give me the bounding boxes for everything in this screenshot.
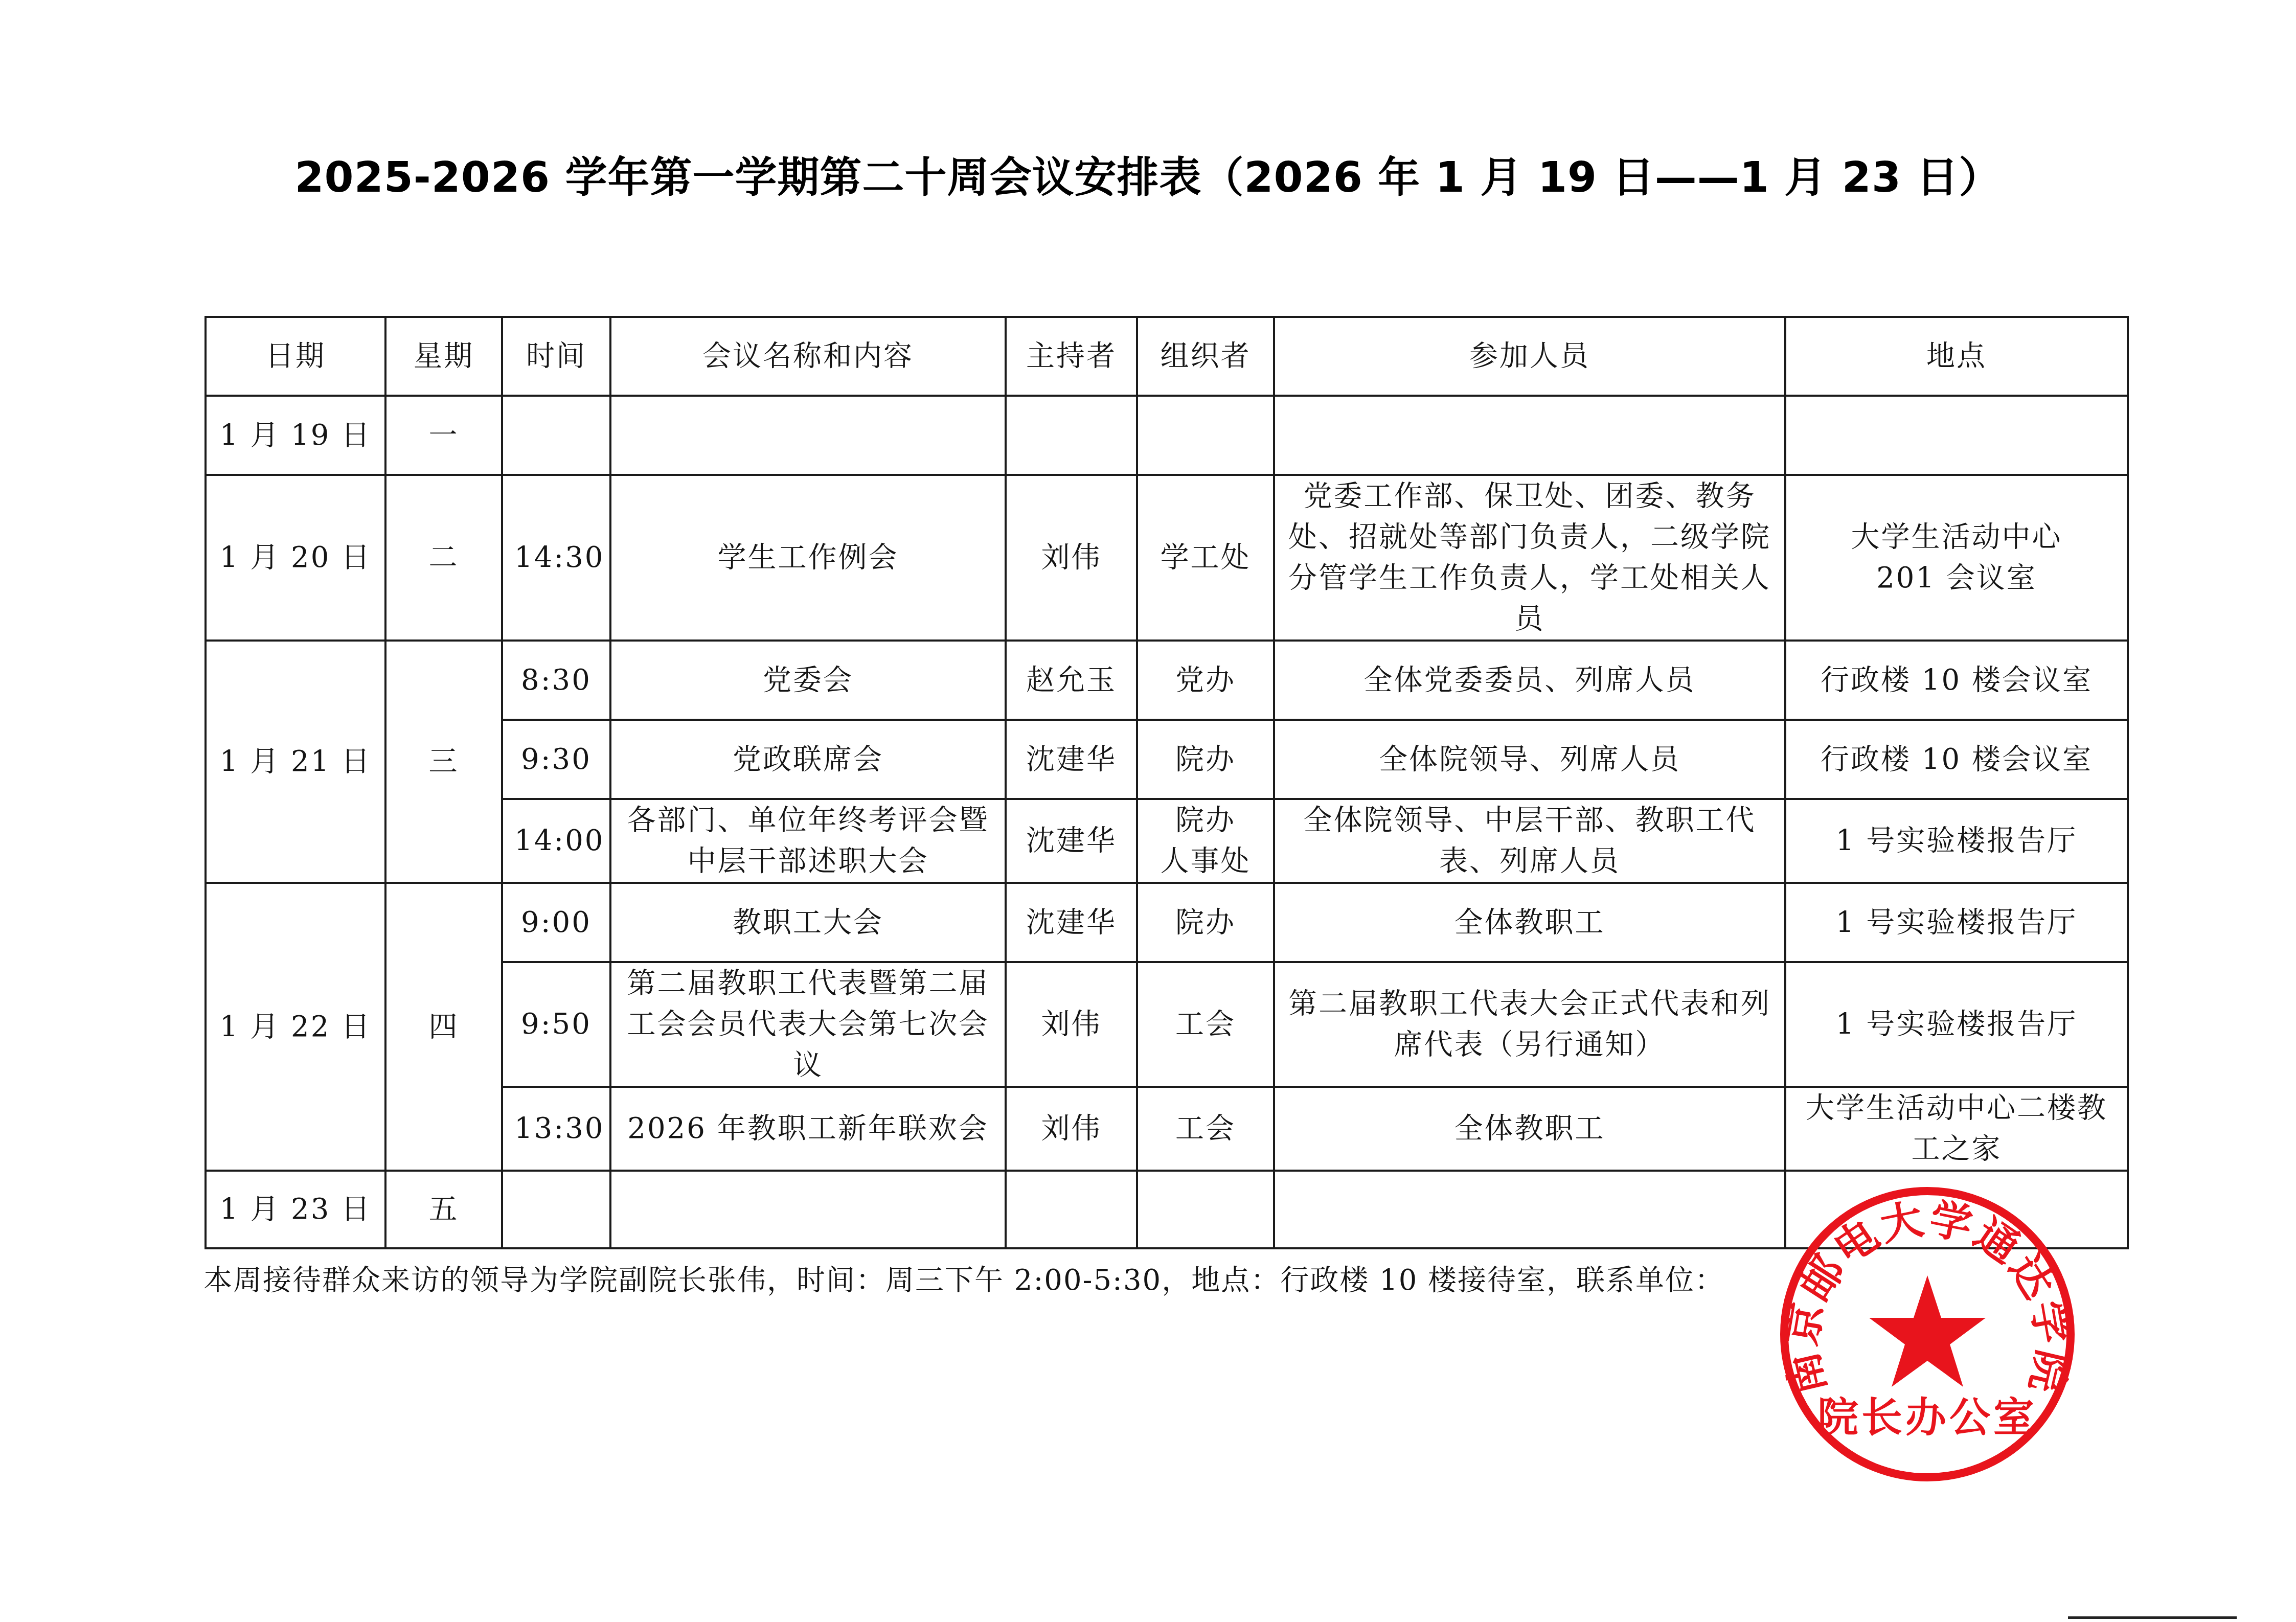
meeting-name-cell: [610, 396, 1006, 475]
header-weekday: 星期: [385, 317, 502, 396]
meeting-name-cell: 党政联席会: [610, 720, 1006, 799]
table-row: 1 月 19 日 一: [206, 396, 2128, 475]
attendees-cell: 全体院领导、中层干部、教职工代表、列席人员: [1274, 799, 1785, 883]
organizer-cell: 院办 人事处: [1137, 799, 1274, 883]
meeting-name-cell: 2026 年教职工新年联欢会: [610, 1087, 1006, 1171]
host-cell: 沈建华: [1006, 799, 1137, 883]
meeting-schedule-table: 日期 星期 时间 会议名称和内容 主持者 组织者 参加人员 地点 1 月 19 …: [204, 316, 2129, 1249]
date-cell: 1 月 22 日: [206, 883, 385, 1171]
time-cell: 9:00: [502, 883, 610, 962]
organizer-cell: 学工处: [1137, 475, 1274, 641]
header-location: 地点: [1785, 317, 2128, 396]
location-cell: 大学生活动中心二楼教工之家: [1785, 1087, 2128, 1171]
date-cell: 1 月 19 日: [206, 396, 385, 475]
host-cell: 沈建华: [1006, 720, 1137, 799]
header-organizer: 组织者: [1137, 317, 1274, 396]
weekday-cell: 一: [385, 396, 502, 475]
weekday-cell: 二: [385, 475, 502, 641]
seal-inner-text: 院长办公室: [1817, 1393, 2037, 1441]
location-cell: 行政楼 10 楼会议室: [1785, 720, 2128, 799]
time-cell: 14:30: [502, 475, 610, 641]
table-row: 1 月 20 日 二 14:30 学生工作例会 刘伟 学工处 党委工作部、保卫处…: [206, 475, 2128, 641]
host-cell: 刘伟: [1006, 1087, 1137, 1171]
table-row: 1 月 22 日 四 9:00 教职工大会 沈建华 院办 全体教职工 1 号实验…: [206, 883, 2128, 962]
location-cell: 1 号实验楼报告厅: [1785, 962, 2128, 1087]
reception-note: 本周接待群众来访的领导为学院副院长张伟，时间：周三下午 2:00-5:30，地点…: [203, 1258, 1724, 1298]
meeting-name-cell: [610, 1171, 1006, 1248]
header-date: 日期: [206, 317, 385, 396]
date-cell: 1 月 23 日: [206, 1171, 385, 1248]
weekday-cell: 三: [385, 641, 502, 883]
host-cell: 沈建华: [1006, 883, 1137, 962]
attendees-cell: 党委工作部、保卫处、团委、教务处、招就处等部门负责人，二级学院分管学生工作负责人…: [1274, 475, 1785, 641]
time-cell: 8:30: [502, 641, 610, 720]
organizer-cell: 工会: [1137, 962, 1274, 1087]
organizer-cell: 党办: [1137, 641, 1274, 720]
header-host: 主持者: [1006, 317, 1137, 396]
time-cell: [502, 396, 610, 475]
attendees-cell: [1274, 1171, 1785, 1248]
table-header-row: 日期 星期 时间 会议名称和内容 主持者 组织者 参加人员 地点: [206, 317, 2128, 396]
host-cell: 刘伟: [1006, 962, 1137, 1087]
location-cell: 1 号实验楼报告厅: [1785, 799, 2128, 883]
attendees-cell: 第二届教职工代表大会正式代表和列席代表（另行通知）: [1274, 962, 1785, 1087]
meeting-name-cell: 学生工作例会: [610, 475, 1006, 641]
star-icon: [1869, 1275, 1986, 1387]
time-cell: [502, 1171, 610, 1248]
scan-edge-mark: [2068, 1616, 2237, 1622]
organizer-cell: 工会: [1137, 1087, 1274, 1171]
meeting-name-cell: 第二届教职工代表暨第二届工会会员代表大会第七次会议: [610, 962, 1006, 1087]
location-cell: [1785, 396, 2128, 475]
host-cell: 赵允玉: [1006, 641, 1137, 720]
table-row: 1 月 21 日 三 8:30 党委会 赵允玉 党办 全体党委委员、列席人员 行…: [206, 641, 2128, 720]
time-cell: 14:00: [502, 799, 610, 883]
attendees-cell: 全体院领导、列席人员: [1274, 720, 1785, 799]
time-cell: 9:30: [502, 720, 610, 799]
date-cell: 1 月 21 日: [206, 641, 385, 883]
page-title: 2025-2026 学年第一学期第二十周会议安排表（2026 年 1 月 19 …: [0, 144, 2296, 204]
weekday-cell: 五: [385, 1171, 502, 1248]
time-cell: 13:30: [502, 1087, 610, 1171]
organizer-cell: 院办: [1137, 883, 1274, 962]
meeting-name-cell: 教职工大会: [610, 883, 1006, 962]
host-cell: [1006, 396, 1137, 475]
location-cell: 行政楼 10 楼会议室: [1785, 641, 2128, 720]
attendees-cell: 全体教职工: [1274, 883, 1785, 962]
header-meeting-name: 会议名称和内容: [610, 317, 1006, 396]
official-seal: 南京邮电大学通达学院 院长办公室: [1774, 1181, 2081, 1488]
host-cell: 刘伟: [1006, 475, 1137, 641]
location-cell: 1 号实验楼报告厅: [1785, 883, 2128, 962]
location-cell: 大学生活动中心 201 会议室: [1785, 475, 2128, 641]
header-attendees: 参加人员: [1274, 317, 1785, 396]
attendees-cell: 全体教职工: [1274, 1087, 1785, 1171]
header-time: 时间: [502, 317, 610, 396]
organizer-cell: [1137, 1171, 1274, 1248]
meeting-name-cell: 党委会: [610, 641, 1006, 720]
host-cell: [1006, 1171, 1137, 1248]
organizer-cell: [1137, 396, 1274, 475]
attendees-cell: 全体党委委员、列席人员: [1274, 641, 1785, 720]
meeting-name-cell: 各部门、单位年终考评会暨中层干部述职大会: [610, 799, 1006, 883]
time-cell: 9:50: [502, 962, 610, 1087]
attendees-cell: [1274, 396, 1785, 475]
organizer-cell: 院办: [1137, 720, 1274, 799]
date-cell: 1 月 20 日: [206, 475, 385, 641]
weekday-cell: 四: [385, 883, 502, 1171]
seal-stamp-icon: 南京邮电大学通达学院 院长办公室: [1774, 1181, 2081, 1488]
